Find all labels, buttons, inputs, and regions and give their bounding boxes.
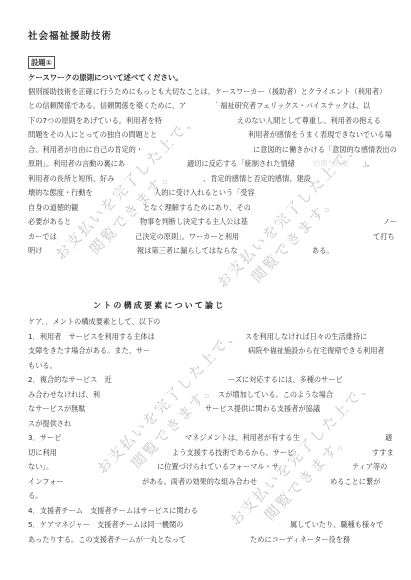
- text-fragment: 問題をその人にとっての独自の問題とと: [28, 131, 157, 139]
- text-fragment: 5．ケアマネジャー 支援者チームは同一機関の: [28, 521, 183, 529]
- text-fragment: 合、利用者が自由に自己の肯定的・: [28, 146, 143, 154]
- text-fragment: 適切に反応する「統制された情緒: [187, 160, 295, 168]
- text-fragment: 的関与の原: [313, 160, 349, 168]
- text-fragment: 壊的な態度・行動を: [28, 189, 93, 197]
- text-fragment: 人的に受け入れるという「受容: [154, 189, 255, 197]
- text-fragment: 原則」。利用者の言動の裏にあ: [28, 160, 125, 168]
- text-fragment: 報は第三者に漏らしてはならな: [137, 247, 238, 255]
- text-fragment: み合わせなければ、利: [28, 391, 100, 399]
- text-fragment: マネジメントは、利用者が有する生: [185, 434, 300, 442]
- text-fragment: ノー: [383, 218, 397, 226]
- text-fragment: 3．サービ: [28, 434, 61, 442]
- text-fragment: 己決定の原則」。ワーカーと利用: [135, 233, 239, 241]
- text-fragment: 個別援助技術を正確に行うためにもっとも大切なことは、ケースワーカー（援助者）とク…: [28, 88, 386, 96]
- text-fragment: ケア．．メントの構成要素として、以下の: [28, 318, 160, 326]
- text-fragment: ある。: [312, 247, 334, 255]
- text-fragment: 明け: [28, 247, 42, 255]
- text-fragment: ティア等の: [352, 463, 387, 471]
- text-fragment: ない」。: [28, 463, 53, 471]
- document-title: 社会福祉援助技術: [28, 28, 112, 42]
- text-fragment: ｀福祉研究者フェリックス・バイステックは、以: [213, 102, 370, 110]
- text-fragment: 利用者が感情をうまく表現できないでいる場: [248, 131, 392, 139]
- question2-heading: ントの構成要素について論じ: [93, 300, 225, 311]
- text-fragment: 自身の道徳的観: [28, 204, 78, 212]
- text-fragment: がある。両者の効果的な組み合わせ: [142, 478, 257, 486]
- text-fragment: あったりする。この支援者チームが一丸となって: [28, 536, 186, 544]
- text-fragment: との信頼関係である。信頼関係を築くために、ア: [28, 102, 186, 110]
- text-fragment: る。: [28, 492, 42, 500]
- text-fragment: 利用者の長所と短所、好み: [28, 175, 114, 183]
- text-fragment: 病院や福祉施設から在宅復帰できる利用者: [248, 347, 385, 355]
- text-fragment: インフォー: [28, 478, 64, 486]
- text-fragment: えのない人間として尊重し、利用者の抱える: [237, 117, 381, 125]
- text-fragment: サービス提供に関わる支援者が協議: [205, 405, 320, 413]
- text-fragment: めることに繋が: [330, 478, 380, 486]
- text-fragment: 属していたり、職種も様々で: [290, 521, 383, 529]
- question1-heading: ケースワークの原則について述べてください。: [28, 72, 183, 83]
- text-fragment: よう支援する技術であるから、サービ: [172, 449, 294, 457]
- text-fragment: もいる。: [28, 362, 57, 370]
- text-fragment: スが増加している。このような場合: [218, 391, 333, 399]
- document-text-layer: 社会福祉援助技術 設題① ケースワークの原則について述べてください。 ントの構成…: [0, 0, 411, 580]
- text-fragment: 適: [385, 434, 392, 442]
- text-fragment: なサービスが無駄: [28, 405, 86, 413]
- text-fragment: 下の7つの原則をあげている。利用者を特: [28, 117, 162, 125]
- text-fragment: 1．利用者 サービスを利用する主体は: [28, 333, 155, 341]
- text-fragment: 切に利用: [28, 449, 57, 457]
- text-fragment: となく理解するためにあり、その: [143, 204, 251, 212]
- text-fragment: 2．複合的なサービス 近: [28, 376, 112, 384]
- text-fragment: て打ち: [373, 233, 395, 241]
- text-fragment: カーでは: [28, 233, 57, 241]
- text-fragment: 必要があると: [28, 218, 71, 226]
- question1-badge: 設題①: [28, 56, 55, 69]
- text-fragment: 支障をきたす場合がある。また、サー: [28, 347, 150, 355]
- text-fragment: 」。: [363, 160, 374, 168]
- text-fragment: ためにコーディネーター役を務: [250, 536, 350, 544]
- document-page: お支払いを完了した上で、閲覧できます。お支払いを完了した上で、閲覧できます。お支…: [0, 0, 411, 580]
- text-fragment: に意図的に働きかける「意図的な感情表出の: [253, 146, 397, 154]
- text-fragment: 物事を判断し決定する主人公は基: [140, 218, 248, 226]
- text-fragment: ーズに対応するには、多種のサービ: [228, 376, 343, 384]
- text-fragment: すすま: [372, 449, 394, 457]
- text-fragment: 4．支援者チーム 支援者チームはサービスに関わる: [28, 507, 198, 515]
- text-fragment: に位置づけられているフォーマル・サ: [157, 463, 279, 471]
- text-fragment: スを利用しなければ日々の生活維持に: [245, 333, 367, 341]
- text-fragment: スが提供され: [28, 420, 71, 428]
- text-fragment: 、肯定的感情と否定的感情、建設: [203, 175, 311, 183]
